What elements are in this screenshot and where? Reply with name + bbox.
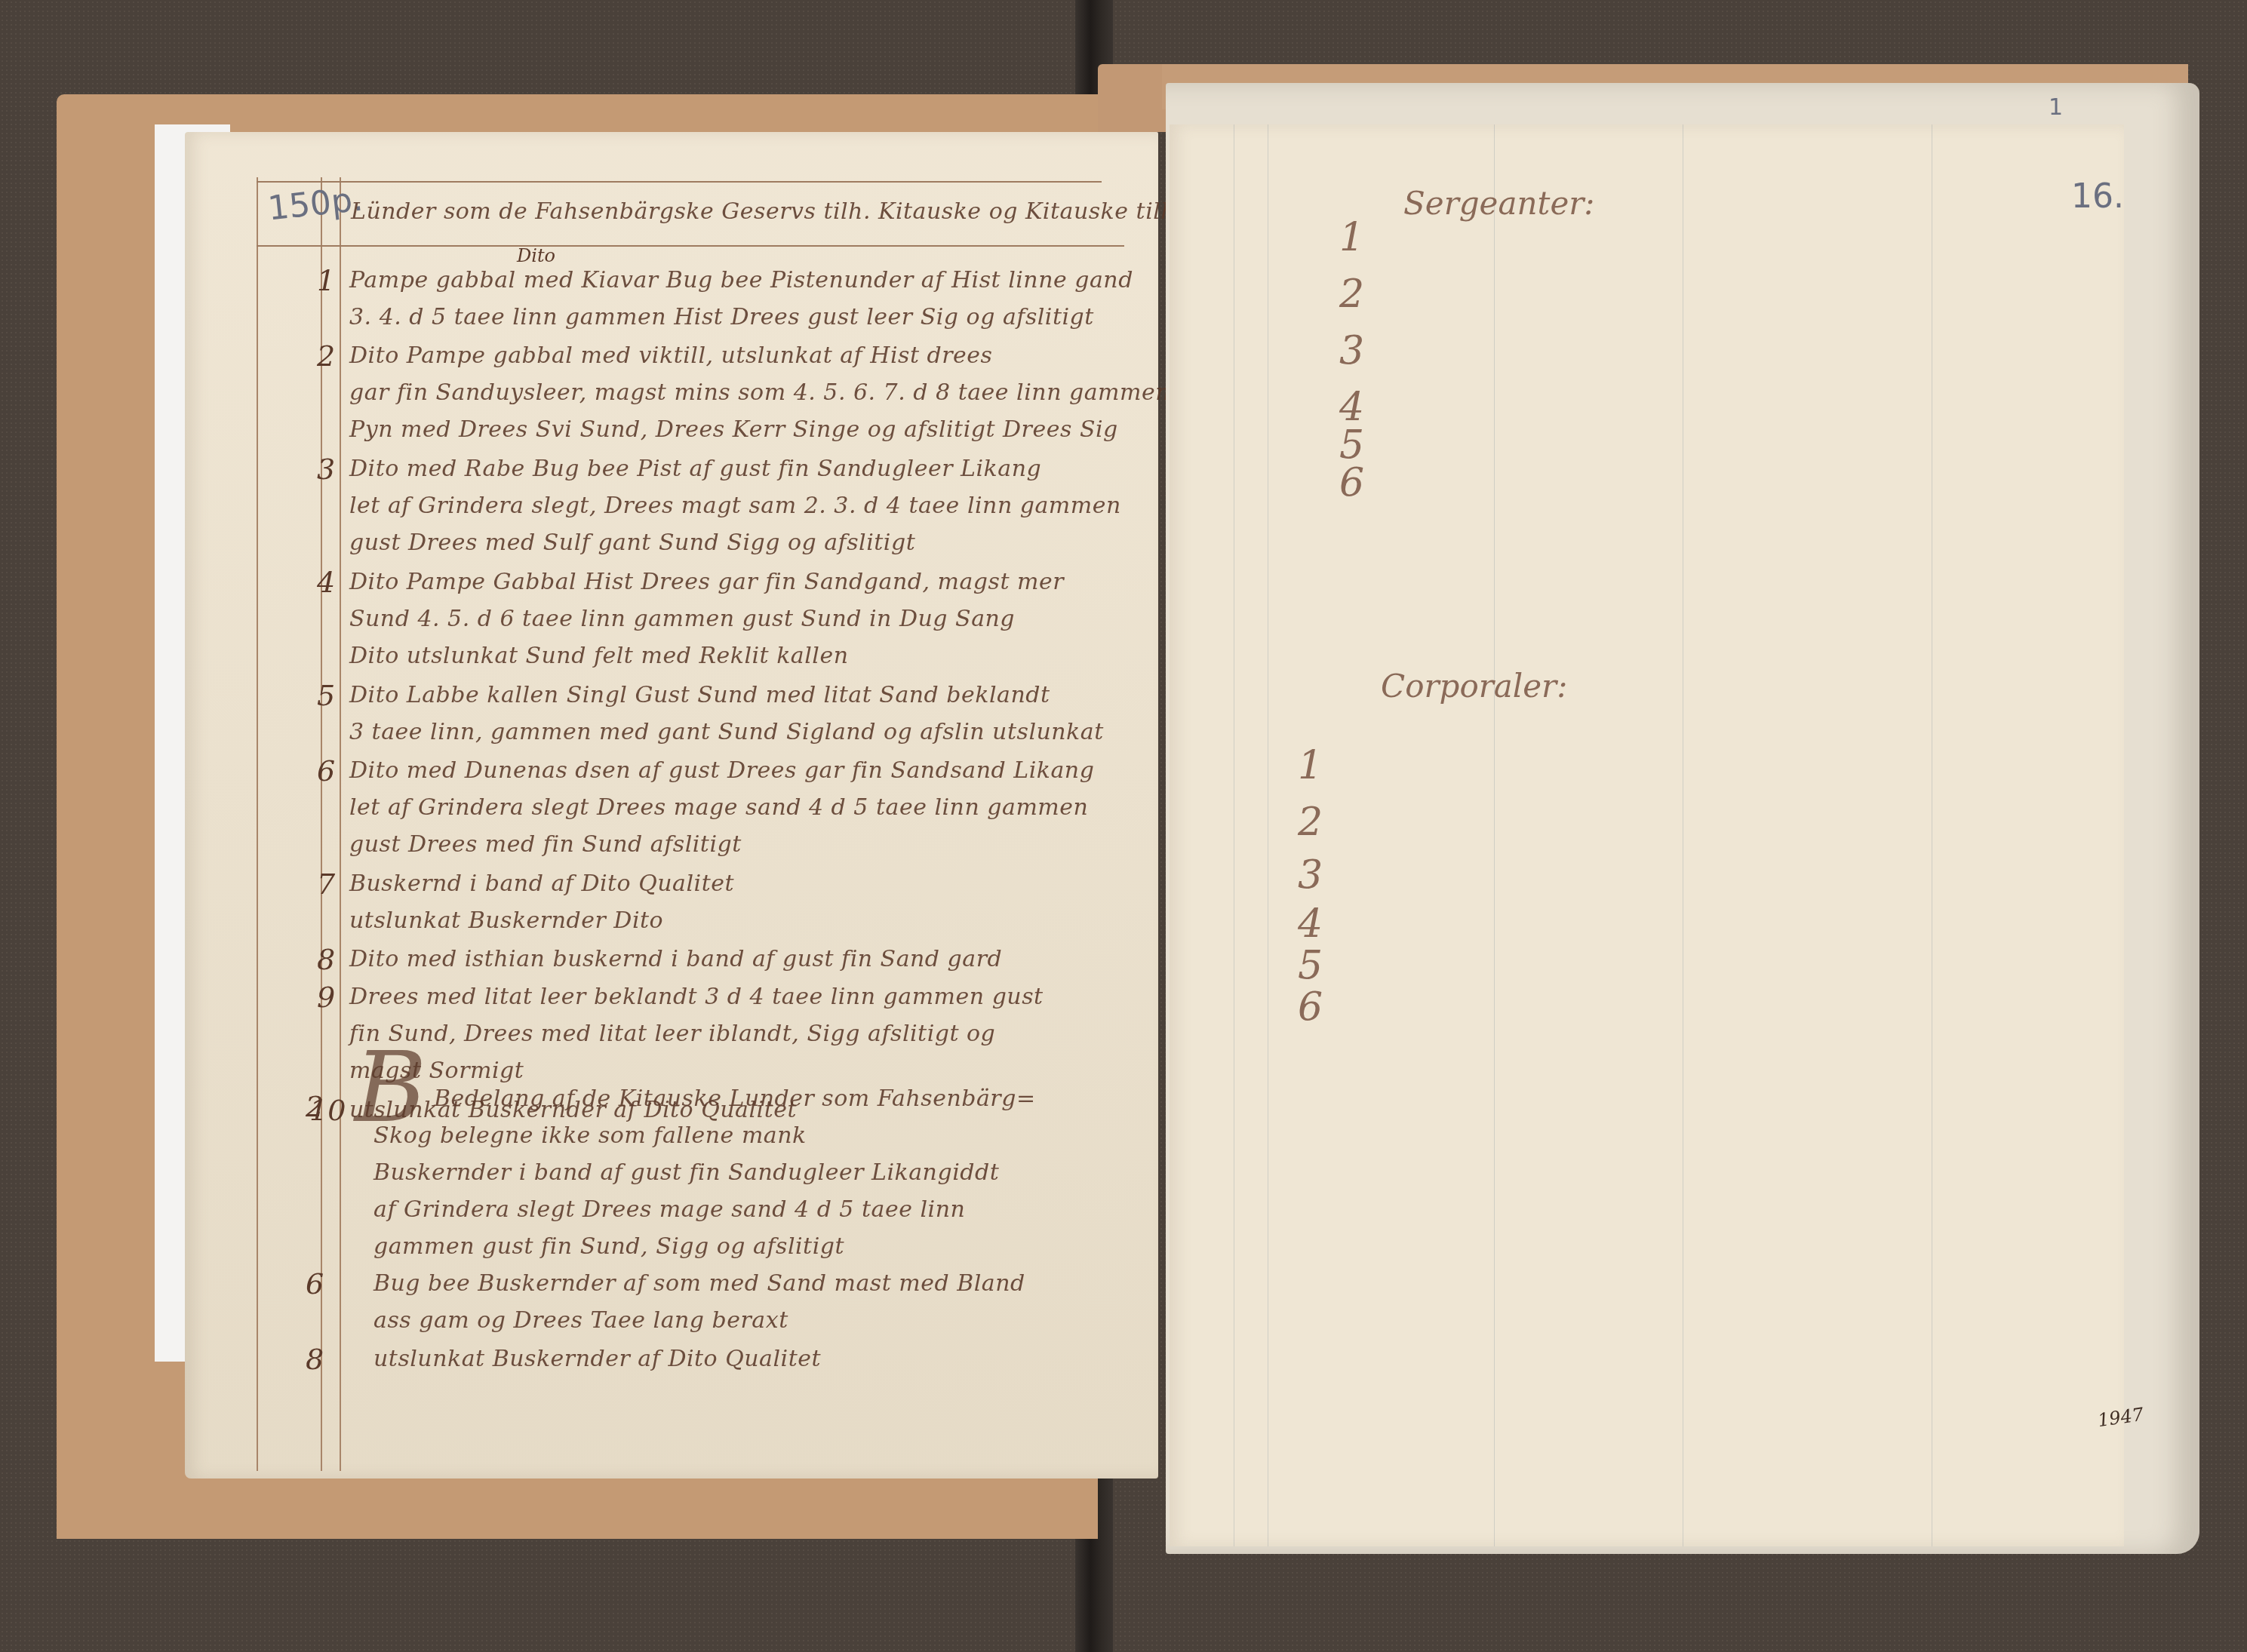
header-rule bbox=[257, 245, 1124, 247]
entry-text: gar fin Sanduysleer, magst mins som 4. 5… bbox=[349, 379, 1170, 406]
entry-text: 3. 4. d 5 taee linn gammen Hist Drees gu… bbox=[349, 304, 1094, 330]
entry-text: let af Grindera slegt Drees mage sand 4 … bbox=[349, 794, 1088, 821]
row-number: 3 bbox=[1339, 328, 1364, 373]
right-page: 16. 1 Sergeanter: 1 2 3 4 5 6 Corporaler… bbox=[1170, 124, 2124, 1546]
entry-text: Pampe gabbal med Kiavar Bug bee Pistenun… bbox=[349, 267, 1133, 293]
left-page: 150p. Lünder som de Fahsenbärgske Geserv… bbox=[185, 132, 1158, 1479]
entry-number: 1 bbox=[317, 264, 335, 297]
header-rule bbox=[257, 181, 1102, 183]
row-number: 3 bbox=[1298, 852, 1323, 898]
right-cover-flap bbox=[1098, 64, 1170, 132]
row-number: 4 bbox=[1298, 901, 1323, 947]
entry-text: gammen gust fin Sund, Sigg og afslitigt bbox=[373, 1233, 844, 1260]
entry-text: Dito utslunkat Sund felt med Reklit kall… bbox=[349, 643, 849, 669]
entry-number: 6 bbox=[317, 754, 335, 788]
corner-mark: 1 bbox=[2049, 94, 2063, 121]
folio-pencil-number: 16. bbox=[2071, 177, 2124, 216]
entry-number: 8 bbox=[306, 1343, 324, 1376]
row-number: 1 bbox=[1298, 743, 1323, 788]
entry-text: Dito med isthian buskernd i band af gust… bbox=[349, 946, 1002, 972]
row-number: 5 bbox=[1298, 943, 1323, 988]
entry-text: Drees med litat leer beklandt 3 d 4 taee… bbox=[349, 984, 1044, 1010]
entry-text: Buskernder i band af gust fin Sandugleer… bbox=[373, 1159, 999, 1186]
row-number: 6 bbox=[1339, 460, 1364, 505]
entry-number: 6 bbox=[306, 1267, 324, 1300]
entry-text: Dito med Dunenas dsen af gust Drees gar … bbox=[349, 757, 1094, 784]
entry-number: 2 bbox=[317, 339, 335, 373]
entry-text: gust Drees med Sulf gant Sund Sigg og af… bbox=[349, 530, 915, 556]
entry-number: 2 bbox=[306, 1090, 324, 1123]
entry-number: 9 bbox=[317, 981, 335, 1014]
folio-pencil-number: 150p. bbox=[266, 180, 365, 229]
entry-number: 5 bbox=[317, 679, 335, 712]
entry-number: 7 bbox=[317, 867, 335, 901]
entry-text: Dito Labbe kallen Singl Gust Sund med li… bbox=[349, 682, 1050, 708]
entry-text: Dito med Rabe Bug bee Pist af gust fin S… bbox=[349, 456, 1041, 482]
entry-text: Pyn med Drees Svi Sund, Drees Kerr Singe… bbox=[349, 416, 1118, 443]
entry-text: Sund 4. 5. d 6 taee linn gammen gust Sun… bbox=[349, 606, 1015, 632]
entry-text: 3 taee linn, gammen med gant Sund Siglan… bbox=[349, 719, 1104, 745]
margin-rule bbox=[257, 177, 258, 1471]
entry-text: af Grindera slegt Drees mage sand 4 d 5 … bbox=[373, 1196, 965, 1223]
entry-number: 8 bbox=[317, 943, 335, 976]
row-number: 6 bbox=[1298, 984, 1323, 1030]
entry-text: Bedelang af de Kitauske Lunder som Fahse… bbox=[434, 1085, 1036, 1112]
entry-text: Bug bee Buskernder af som med Sand mast … bbox=[373, 1270, 1025, 1297]
entry-text: utslunkat Buskernder Dito bbox=[349, 907, 663, 934]
row-number: 1 bbox=[1339, 215, 1364, 260]
entry-text: utslunkat Buskernder af Dito Qualitet bbox=[373, 1346, 821, 1372]
entry-number: 4 bbox=[317, 566, 335, 599]
entry-text: gust Drees med fin Sund afslitigt bbox=[349, 831, 742, 858]
section-title: Corporaler: bbox=[1381, 668, 1567, 705]
entry-text: Dito Pampe Gabbal Hist Drees gar fin San… bbox=[349, 569, 1064, 595]
entry-text: let af Grindera slegt, Drees magt sam 2.… bbox=[349, 493, 1121, 519]
row-number: 2 bbox=[1298, 800, 1323, 845]
row-number: 2 bbox=[1339, 272, 1364, 317]
entry-text: ass gam og Drees Taee lang beraxt bbox=[373, 1307, 788, 1334]
entry-text: Skog belegne ikke som fallene mank bbox=[373, 1122, 807, 1149]
entry-text: fin Sund, Drees med litat leer iblandt, … bbox=[349, 1021, 995, 1047]
entry-number: 3 bbox=[317, 453, 335, 486]
margin-rule bbox=[340, 177, 341, 1471]
column-label: Dito bbox=[517, 245, 555, 266]
entry-text: Buskernd i band af Dito Qualitet bbox=[349, 871, 734, 897]
section-title: Sergeanter: bbox=[1403, 185, 1595, 222]
entry-text: Dito Pampe gabbal med viktill, utslunkat… bbox=[349, 342, 992, 369]
